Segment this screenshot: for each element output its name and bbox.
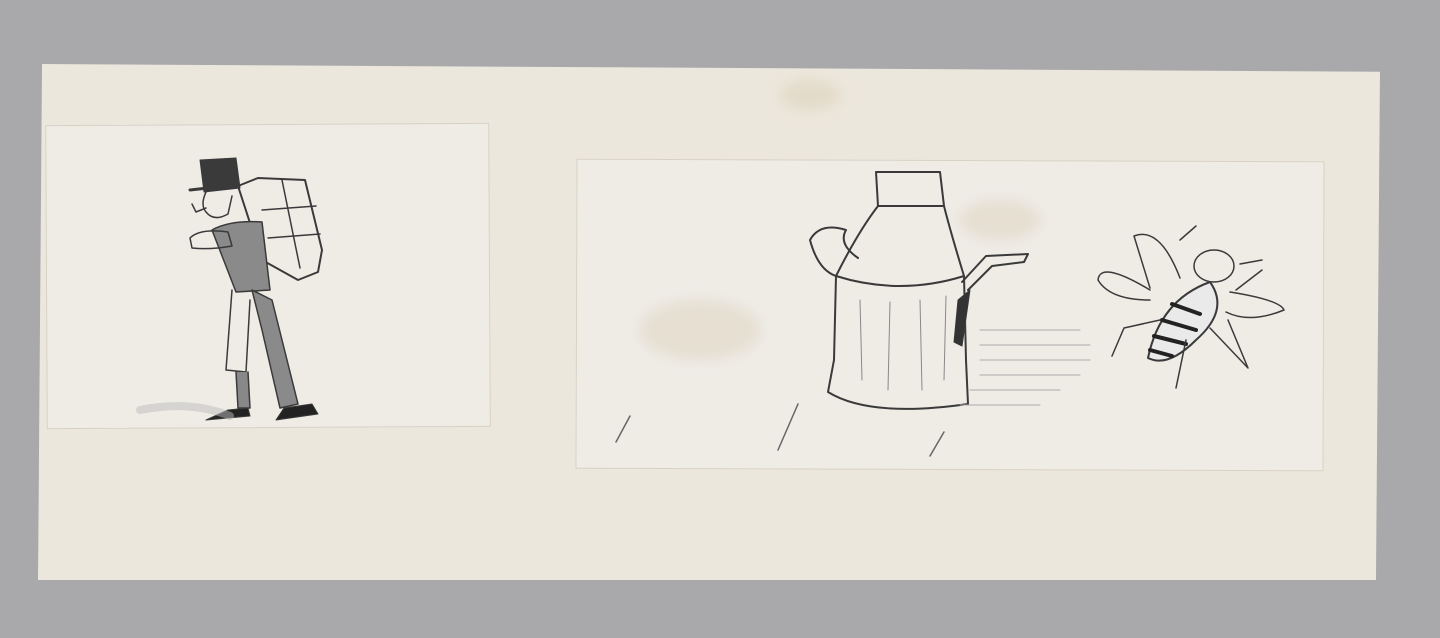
man-with-backpack-icon xyxy=(140,158,322,420)
bee-icon xyxy=(1098,226,1284,388)
jug-icon xyxy=(810,172,1090,409)
pencil-sketches xyxy=(0,0,1440,638)
